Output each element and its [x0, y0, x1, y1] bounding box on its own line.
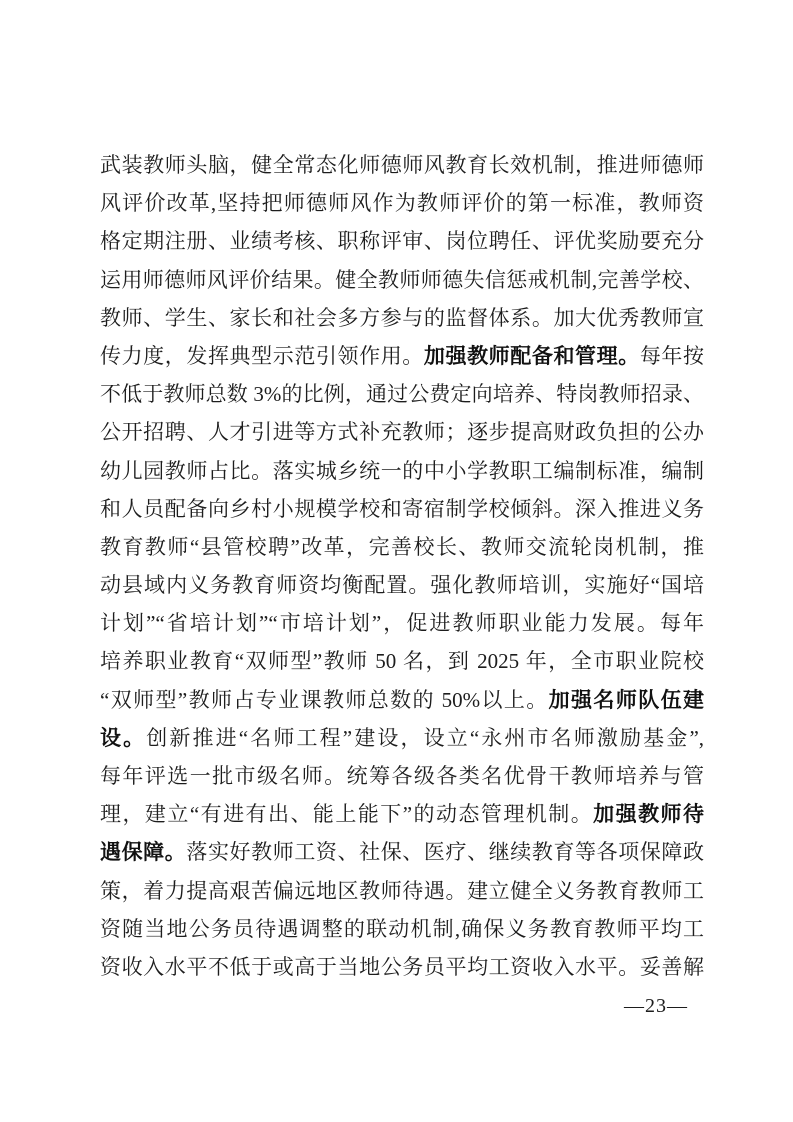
- text-segment: 教师、学生、家长和社会多方参与的监督体系。加大优秀教师宣: [100, 306, 704, 330]
- text-segment: 教育教师“县管校聘”改革，完善校长、教师交流轮岗机制，推: [100, 535, 704, 559]
- bold-heading-segment: 加强教师待: [593, 803, 704, 826]
- text-line: “双师型”教师占专业课教师总数的 50%以上。加强名师队伍建: [100, 681, 704, 719]
- bold-heading-segment: 加强名师队伍建: [549, 689, 704, 712]
- text-line: 设。创新推进“名师工程”建设，设立“永州市名师激励基金”,: [100, 719, 704, 757]
- text-segment: 创新推进“名师工程”建设，设立“永州市名师激励基金”,: [146, 726, 704, 750]
- text-line: 每年评选一批市级名师。统筹各级各类名优骨干教师培养与管: [100, 757, 704, 795]
- text-segment: 不低于教师总数 3%的比例，通过公费定向培养、特岗教师招录、: [100, 382, 704, 406]
- document-page: 武装教师头脑，健全常态化师德师风教育长效机制，推进师德师风评价改革,坚持把师德师…: [0, 0, 793, 1122]
- text-segment: 动县域内义务教育师资均衡配置。强化教师培训，实施好“国培: [100, 573, 704, 597]
- text-line: 传力度，发挥典型示范引领作用。加强教师配备和管理。每年按: [100, 337, 704, 375]
- body-text: 武装教师头脑，健全常态化师德师风教育长效机制，推进师德师风评价改革,坚持把师德师…: [100, 146, 704, 986]
- text-segment: 资随当地公务员待遇调整的联动机制,确保义务教育教师平均工: [100, 917, 704, 941]
- text-segment: 传力度，发挥典型示范引领作用。: [100, 344, 424, 368]
- text-line: 公开招聘、人才引进等方式补充教师；逐步提高财政负担的公办: [100, 413, 704, 451]
- text-line: 风评价改革,坚持把师德师风作为教师评价的第一标准，教师资: [100, 184, 704, 222]
- text-line: 理，建立“有进有出、能上能下”的动态管理机制。加强教师待: [100, 795, 704, 833]
- text-segment: “双师型”教师占专业课教师总数的 50%以上。: [100, 688, 549, 712]
- text-line: 遇保障。落实好教师工资、社保、医疗、继续教育等各项保障政: [100, 833, 704, 871]
- text-line: 培养职业教育“双师型”教师 50 名，到 2025 年，全市职业院校: [100, 642, 704, 680]
- text-segment: 每年评选一批市级名师。统筹各级各类名优骨干教师培养与管: [100, 764, 704, 788]
- text-segment: 风评价改革,坚持把师德师风作为教师评价的第一标准，教师资: [100, 191, 704, 215]
- text-segment: 和人员配备向乡村小规模学校和寄宿制学校倾斜。深入推进义务: [100, 497, 704, 521]
- text-line: 不低于教师总数 3%的比例，通过公费定向培养、特岗教师招录、: [100, 375, 704, 413]
- text-segment: 培养职业教育“双师型”教师 50 名，到 2025 年，全市职业院校: [100, 649, 704, 673]
- text-segment: 每年按: [640, 344, 704, 368]
- text-line: 计划”“省培计划”“市培计划”，促进教师职业能力发展。每年: [100, 604, 704, 642]
- text-line: 幼儿园教师占比。落实城乡统一的中小学教职工编制标准，编制: [100, 452, 704, 490]
- bold-heading-segment: 遇保障。: [100, 841, 186, 864]
- text-line: 武装教师头脑，健全常态化师德师风教育长效机制，推进师德师: [100, 146, 704, 184]
- text-segment: 武装教师头脑，健全常态化师德师风教育长效机制，推进师德师: [100, 153, 704, 177]
- text-line: 和人员配备向乡村小规模学校和寄宿制学校倾斜。深入推进义务: [100, 490, 704, 528]
- text-segment: 格定期注册、业绩考核、职称评审、岗位聘任、评优奖励要充分: [100, 229, 704, 253]
- text-segment: 落实好教师工资、社保、医疗、继续教育等各项保障政: [186, 840, 704, 864]
- text-segment: 策，着力提高艰苦偏远地区教师待遇。建立健全义务教育教师工: [100, 879, 704, 903]
- text-line: 教育教师“县管校聘”改革，完善校长、教师交流轮岗机制，推: [100, 528, 704, 566]
- text-line: 策，着力提高艰苦偏远地区教师待遇。建立健全义务教育教师工: [100, 872, 704, 910]
- text-segment: 公开招聘、人才引进等方式补充教师；逐步提高财政负担的公办: [100, 420, 704, 444]
- page-number: —23—: [600, 995, 712, 1018]
- text-line: 资收入水平不低于或高于当地公务员平均工资收入水平。妥善解: [100, 948, 704, 986]
- text-line: 运用师德师风评价结果。健全教师师德失信惩戒机制,完善学校、: [100, 261, 704, 299]
- text-line: 动县域内义务教育师资均衡配置。强化教师培训，实施好“国培: [100, 566, 704, 604]
- text-line: 教师、学生、家长和社会多方参与的监督体系。加大优秀教师宣: [100, 299, 704, 337]
- text-segment: 资收入水平不低于或高于当地公务员平均工资收入水平。妥善解: [100, 955, 704, 979]
- text-segment: 运用师德师风评价结果。健全教师师德失信惩戒机制,完善学校、: [100, 268, 704, 292]
- text-line: 格定期注册、业绩考核、职称评审、岗位聘任、评优奖励要充分: [100, 222, 704, 260]
- bold-heading-segment: 加强教师配备和管理。: [424, 345, 640, 368]
- text-line: 资随当地公务员待遇调整的联动机制,确保义务教育教师平均工: [100, 910, 704, 948]
- text-segment: 幼儿园教师占比。落实城乡统一的中小学教职工编制标准，编制: [100, 459, 704, 483]
- bold-heading-segment: 设。: [100, 727, 146, 750]
- text-segment: 理，建立“有进有出、能上能下”的动态管理机制。: [100, 802, 593, 826]
- text-segment: 计划”“省培计划”“市培计划”，促进教师职业能力发展。每年: [100, 611, 704, 635]
